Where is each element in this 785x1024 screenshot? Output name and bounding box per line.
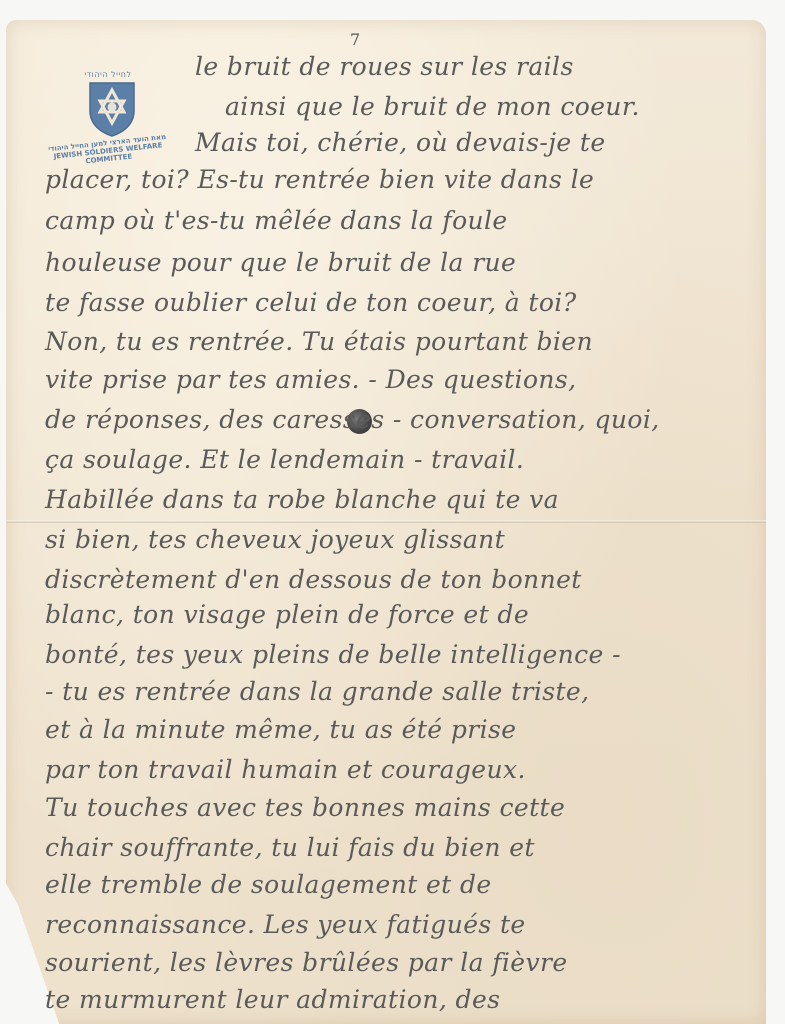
text-line: Non, tu es rentrée. Tu étais pourtant bi… [45,327,593,356]
text-line: sourient, les lèvres brûlées par la fièv… [45,948,568,977]
text-line: Mais toi, chérie, où devais-je te [195,128,606,157]
text-line: bonté, tes yeux pleins de belle intellig… [45,640,621,669]
text-line: ainsi que le bruit de mon coeur. [225,92,640,121]
text-line: houleuse pour que le bruit de la rue [45,248,516,277]
text-line: placer, toi? Es-tu rentrée bien vite dan… [45,165,594,194]
text-line: Tu touches avec tes bonnes mains cette [45,793,565,822]
text-line: elle tremble de soulagement et de [45,870,492,899]
text-line: de réponses, des caresses - conversation… [45,405,660,434]
text-line: par ton travail humain et courageux. [45,755,526,784]
handwritten-text: le bruit de roues sur les rails ainsi qu… [0,0,785,1024]
text-line: camp où t'es-tu mêlée dans la foule [45,206,508,235]
text-line: si bien, tes cheveux joyeux glissant [45,525,505,554]
text-line: vite prise par tes amies. - Des question… [45,365,577,394]
text-line: et à la minute même, tu as été prise [45,715,516,744]
text-line: Habillée dans ta robe blanche qui te va [45,485,559,514]
text-line: blanc, ton visage plein de force et de [45,600,529,629]
text-line: ça soulage. Et le lendemain - travail. [45,445,524,474]
text-line: te murmurent leur admiration, des [45,985,500,1014]
text-line: le bruit de roues sur les rails [195,52,574,81]
text-line: discrètement d'en dessous de ton bonnet [45,565,582,594]
text-line: chair souffrante, tu lui fais du bien et [45,833,535,862]
text-line: te fasse oublier celui de ton coeur, à t… [45,288,577,317]
text-line: - tu es rentrée dans la grande salle tri… [45,677,589,706]
text-line: reconnaissance. Les yeux fatigués te [45,910,526,939]
